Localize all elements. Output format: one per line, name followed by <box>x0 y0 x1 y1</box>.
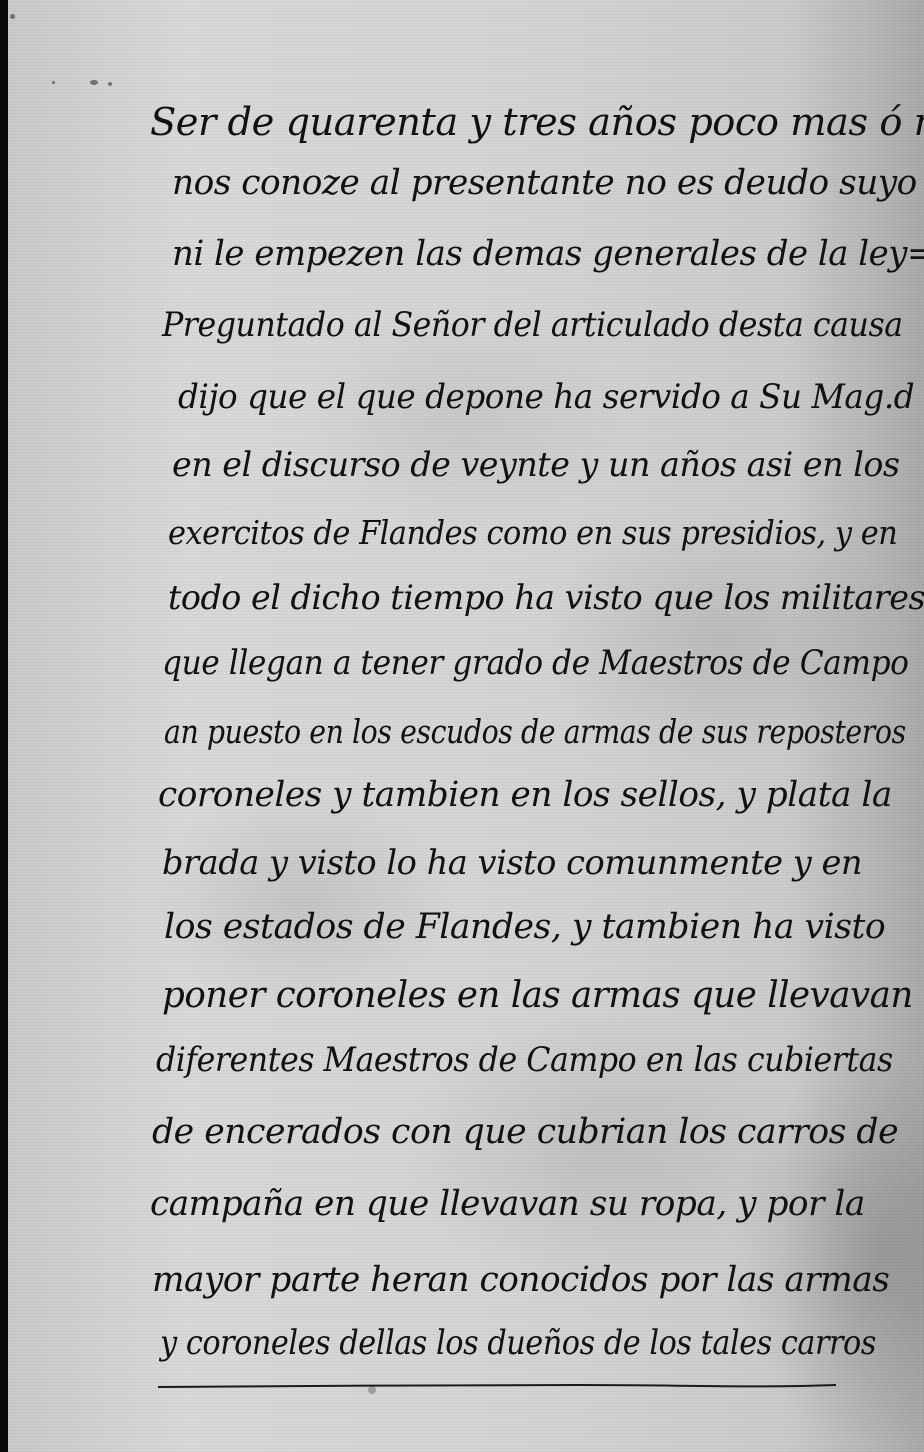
manuscript-line: de encerados con que cubrian los carros … <box>152 1112 898 1152</box>
manuscript-line: dijo que el que depone ha servido a Su M… <box>178 377 914 417</box>
manuscript-line: coroneles y tambien en los sellos, y pla… <box>158 775 892 815</box>
manuscript-line: Ser de quarenta y tres años poco mas ó m… <box>150 100 924 144</box>
manuscript-page: Ser de quarenta y tres años poco mas ó m… <box>0 0 924 1452</box>
handwritten-text: Ser de quarenta y tres años poco mas ó m… <box>0 0 924 1452</box>
manuscript-line: poner coroneles en las armas que llevava… <box>162 975 913 1016</box>
manuscript-line: en el discurso de veynte y un años asi e… <box>172 445 900 485</box>
manuscript-line: exercitos de Flandes como en sus presidi… <box>168 513 897 552</box>
manuscript-line: mayor parte heran conocidos por las arma… <box>152 1260 889 1300</box>
manuscript-line: nos conoze al presentante no es deudo su… <box>172 163 917 203</box>
manuscript-line: los estados de Flandes, y tambien ha vis… <box>164 907 885 947</box>
manuscript-line: ni le empezen las demas generales de la … <box>172 234 924 274</box>
manuscript-line: an puesto en los escudos de armas de sus… <box>164 712 906 751</box>
manuscript-line: todo el dicho tiempo ha visto que los mi… <box>168 578 924 618</box>
manuscript-line: Preguntado al Señor del articulado desta… <box>162 305 903 345</box>
binding-edge <box>0 0 8 1452</box>
manuscript-line: que llegan a tener grado de Maestros de … <box>162 643 909 683</box>
manuscript-line: y coroneles dellas los dueños de los tal… <box>160 1323 876 1363</box>
closing-flourish <box>158 1384 836 1390</box>
manuscript-line: diferentes Maestros de Campo en las cubi… <box>156 1040 893 1080</box>
manuscript-line: brada y visto lo ha visto comunmente y e… <box>162 843 862 883</box>
manuscript-line: campaña en que llevavan su ropa, y por l… <box>150 1184 865 1224</box>
